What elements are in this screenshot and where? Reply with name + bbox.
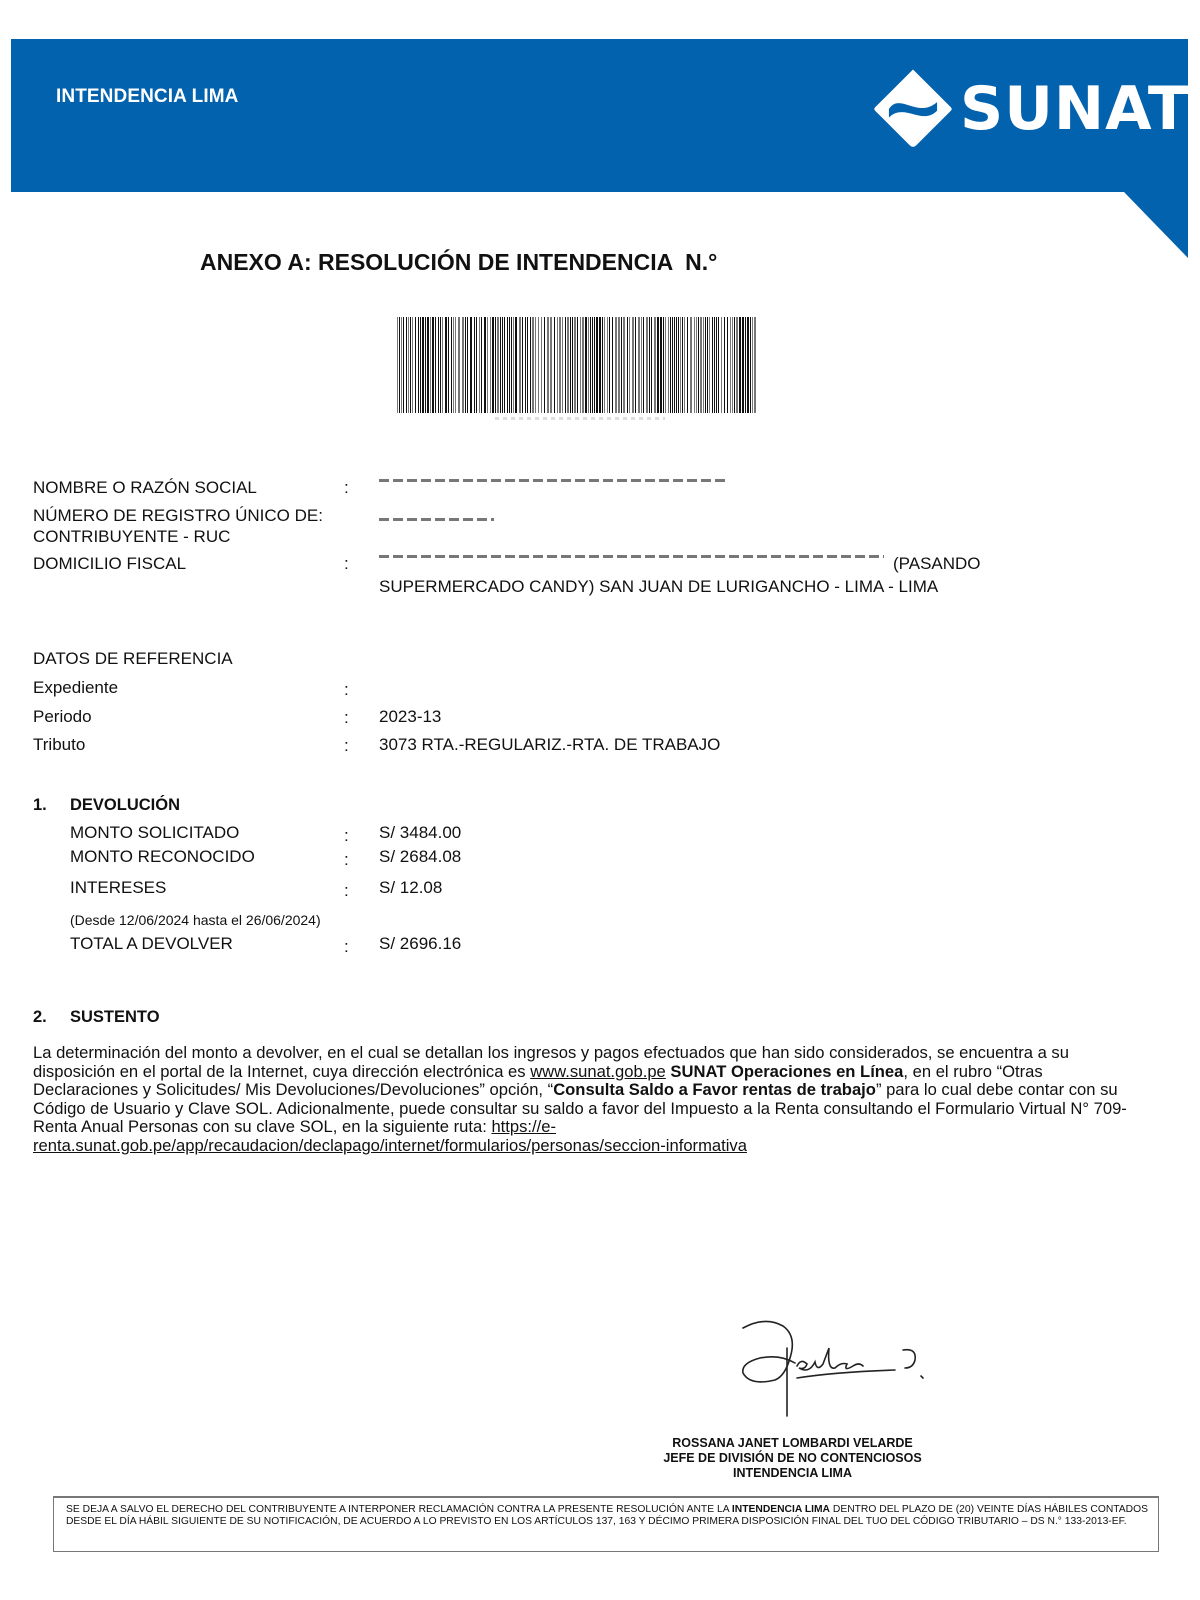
sunat-diamond-icon: [870, 66, 956, 152]
header-corner-tail: [1124, 192, 1188, 258]
barcode-number-redacted: [495, 417, 665, 420]
signatory-block: ROSSANA JANET LOMBARDI VELARDE JEFE DE D…: [600, 1436, 985, 1481]
devolucion-number: 1.: [33, 796, 47, 815]
intereses-period: (Desde 12/06/2024 hasta el 26/06/2024): [70, 910, 321, 930]
periodo-label: Periodo: [33, 707, 92, 727]
address-line2: SUPERMERCADO CANDY) SAN JUAN DE LURIGANC…: [379, 577, 938, 597]
colon: :: [344, 881, 349, 901]
sustento-number: 2.: [33, 1008, 47, 1027]
sunat-logo-text: SUNAT: [960, 74, 1190, 144]
address-line1-visible: (PASANDO: [893, 554, 981, 574]
sunat-logo: SUNAT: [870, 66, 1190, 152]
document-title: ANEXO A: RESOLUCIÓN DE INTENDENCIA N.°: [200, 249, 717, 276]
ruc-label-line1: NÚMERO DE REGISTRO ÚNICO DE:: [33, 506, 323, 526]
name-value-redacted: [379, 479, 729, 482]
devolucion-heading: DEVOLUCIÓN: [70, 796, 180, 815]
notice-text: SE DEJA A SALVO EL DERECHO DEL CONTRIBUY…: [66, 1504, 732, 1515]
sustento-bold-text: Consulta Saldo a Favor rentas de trabajo: [553, 1080, 876, 1099]
colon: :: [344, 736, 349, 756]
colon: :: [344, 937, 349, 957]
notice-bold-text: INTENDENCIA LIMA: [732, 1504, 830, 1515]
ruc-label-line2: CONTRIBUYENTE - RUC: [33, 527, 230, 547]
ruc-value-redacted: [379, 518, 494, 521]
signatory-name: ROSSANA JANET LOMBARDI VELARDE: [600, 1436, 985, 1451]
sunat-website-link[interactable]: www.sunat.gob.pe: [530, 1062, 666, 1081]
colon: :: [344, 826, 349, 846]
intereses-value: S/ 12.08: [379, 878, 442, 898]
barcode-icon: [397, 317, 759, 413]
colon: :: [344, 478, 349, 498]
total-value: S/ 2696.16: [379, 934, 461, 954]
sustento-paragraph: La determinación del monto a devolver, e…: [33, 1044, 1143, 1156]
intereses-label: INTERESES: [70, 878, 166, 898]
monto-solicitado-value: S/ 3484.00: [379, 823, 461, 843]
address-label: DOMICILIO FISCAL: [33, 554, 186, 574]
colon: :: [344, 850, 349, 870]
signatory-position: JEFE DE DIVISIÓN DE NO CONTENCIOSOS: [600, 1451, 985, 1466]
colon: :: [344, 554, 349, 574]
periodo-value: 2023-13: [379, 707, 441, 727]
reference-heading: DATOS DE REFERENCIA: [33, 649, 233, 669]
colon: :: [344, 680, 349, 700]
sustento-bold-text: SUNAT Operaciones en Línea: [666, 1062, 904, 1081]
tributo-label: Tributo: [33, 735, 85, 755]
monto-reconocido-value: S/ 2684.08: [379, 847, 461, 867]
intendencia-title: INTENDENCIA LIMA: [56, 86, 238, 108]
sustento-heading: SUSTENTO: [70, 1008, 160, 1027]
tributo-value: 3073 RTA.-REGULARIZ.-RTA. DE TRABAJO: [379, 735, 720, 755]
name-label: NOMBRE O RAZÓN SOCIAL: [33, 478, 257, 498]
colon: :: [344, 708, 349, 728]
signature-image: [735, 1318, 945, 1430]
expediente-label: Expediente: [33, 678, 118, 698]
monto-reconocido-label: MONTO RECONOCIDO: [70, 847, 255, 867]
monto-solicitado-label: MONTO SOLICITADO: [70, 823, 239, 843]
legal-notice-box: SE DEJA A SALVO EL DERECHO DEL CONTRIBUY…: [53, 1496, 1159, 1552]
address-line1-redacted: [379, 555, 884, 558]
total-label: TOTAL A DEVOLVER: [70, 934, 233, 954]
signatory-unit: INTENDENCIA LIMA: [600, 1466, 985, 1481]
